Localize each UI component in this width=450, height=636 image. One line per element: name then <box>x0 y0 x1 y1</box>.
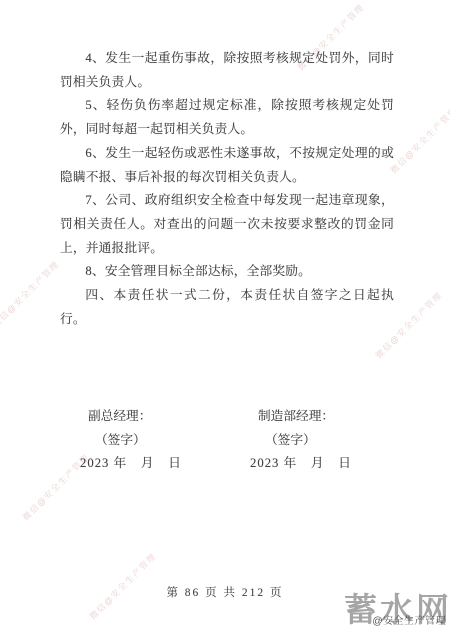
diagonal-watermark: 微信@安全生产管理 <box>0 258 62 330</box>
signature-block: 副总经理： （签字） 2023 年 月 日 制造部经理： （签字） 2023 年… <box>0 405 450 495</box>
signature-role-label: 制造部经理： <box>258 405 352 429</box>
signature-role-label: 副总经理： <box>88 405 182 429</box>
signature-sign-label: （签字） <box>88 429 182 453</box>
document-body: 4、发生一起重伤事故，除按照考核规定处罚外，同时罚相关负责人。 5、轻伤负伤率超… <box>60 47 394 331</box>
diagonal-watermark: 微信@安全生产管理 <box>388 104 450 176</box>
document-page: 微信@安全生产管理 微信@安全生产管理 微信@安全生产管理 微信@安全生产管理 … <box>0 0 450 636</box>
clause-paragraph: 5、轻伤负伤率超过规定标准，除按照考核规定处罚外，同时每超一起罚相关负责人。 <box>60 94 394 141</box>
site-watermark-overlay-text: @安全生产管理 <box>372 612 446 627</box>
signature-date: 2023 年 月 日 <box>80 452 182 476</box>
signature-date: 2023 年 月 日 <box>250 452 352 476</box>
clause-paragraph: 7、公司、政府组织安全检查中每发现一起违章现象，罚相关责任人。对查出的问题一次未… <box>60 189 394 260</box>
signature-sign-label: （签字） <box>258 429 352 453</box>
clause-paragraph: 四、本责任状一式二份，本责任状自签字之日起执行。 <box>60 284 394 331</box>
signature-left: 副总经理： （签字） 2023 年 月 日 <box>88 405 182 476</box>
clause-paragraph: 4、发生一起重伤事故，除按照考核规定处罚外，同时罚相关负责人。 <box>60 47 394 94</box>
site-watermark-logo: 蓄水网 @安全生产管理 <box>330 583 450 635</box>
clause-paragraph: 6、发生一起轻伤或恶性未遂事故，不按规定处理的或隐瞒不报、事后补报的每次罚相关负… <box>60 142 394 189</box>
signature-right: 制造部经理： （签字） 2023 年 月 日 <box>258 405 352 476</box>
clause-paragraph: 8、安全管理目标全部达标，全部奖励。 <box>60 260 394 284</box>
